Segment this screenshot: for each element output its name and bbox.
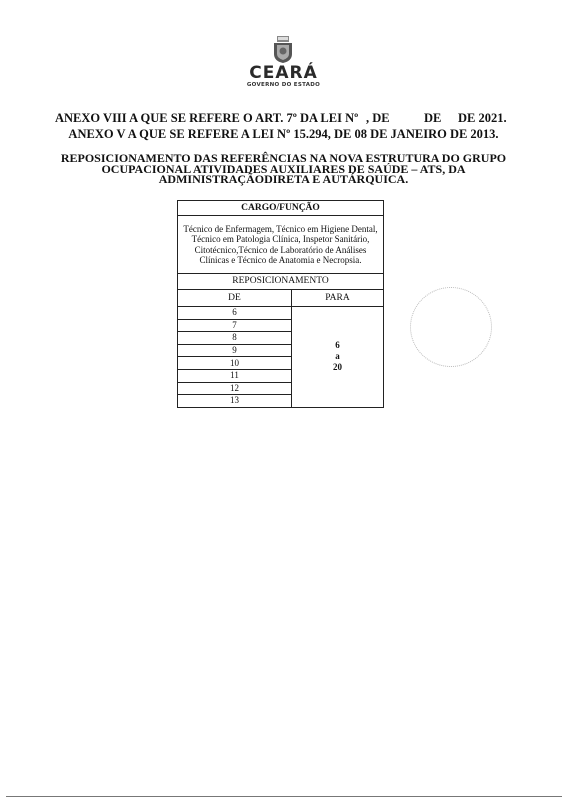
annex-line-1-text: ANEXO VIII A QUE SE REFERE O ART. 7º DA … (55, 111, 358, 126)
de-header: DE (178, 290, 292, 307)
faint-stamp (410, 287, 492, 367)
de-value: 8 (178, 332, 292, 345)
de-value: 10 (178, 357, 292, 370)
de-value: 7 (178, 319, 292, 332)
de-value: 9 (178, 344, 292, 357)
annex-line-1-de1: , DE (366, 111, 390, 126)
coat-of-arms-icon (272, 36, 294, 64)
brand-subtitle: GOVERNO DO ESTADO (0, 82, 567, 88)
para-header: PARA (292, 290, 384, 307)
annex-line-2: ANEXO V A QUE SE REFERE A LEI Nº 15.294,… (0, 127, 567, 142)
annex-line-1-de2: DE (424, 111, 441, 126)
annex-line-1-year: DE 2021. (458, 111, 507, 126)
footer-divider (6, 796, 562, 797)
para-separator: a (292, 351, 383, 362)
brand-name: CEARÁ (0, 64, 567, 82)
cargo-description: Técnico de Enfermagem, Técnico em Higien… (178, 216, 384, 274)
para-value: 6 a 20 (292, 307, 384, 408)
de-value: 13 (178, 395, 292, 408)
de-value: 6 (178, 307, 292, 320)
title-line-3: ADMINISTRAÇÃODIRETA E AUTÁRQUICA. (20, 174, 547, 185)
para-from: 6 (292, 340, 383, 351)
repositioning-header: REPOSICIONAMENTO (178, 274, 384, 290)
cargo-header: CARGO/FUNÇÃO (178, 201, 384, 216)
de-value: 11 (178, 369, 292, 382)
para-to: 20 (292, 362, 383, 373)
document-title: REPOSICIONAMENTO DAS REFERÊNCIAS NA NOVA… (20, 153, 547, 185)
de-value: 12 (178, 382, 292, 395)
repositioning-table: CARGO/FUNÇÃO Técnico de Enfermagem, Técn… (177, 200, 384, 408)
